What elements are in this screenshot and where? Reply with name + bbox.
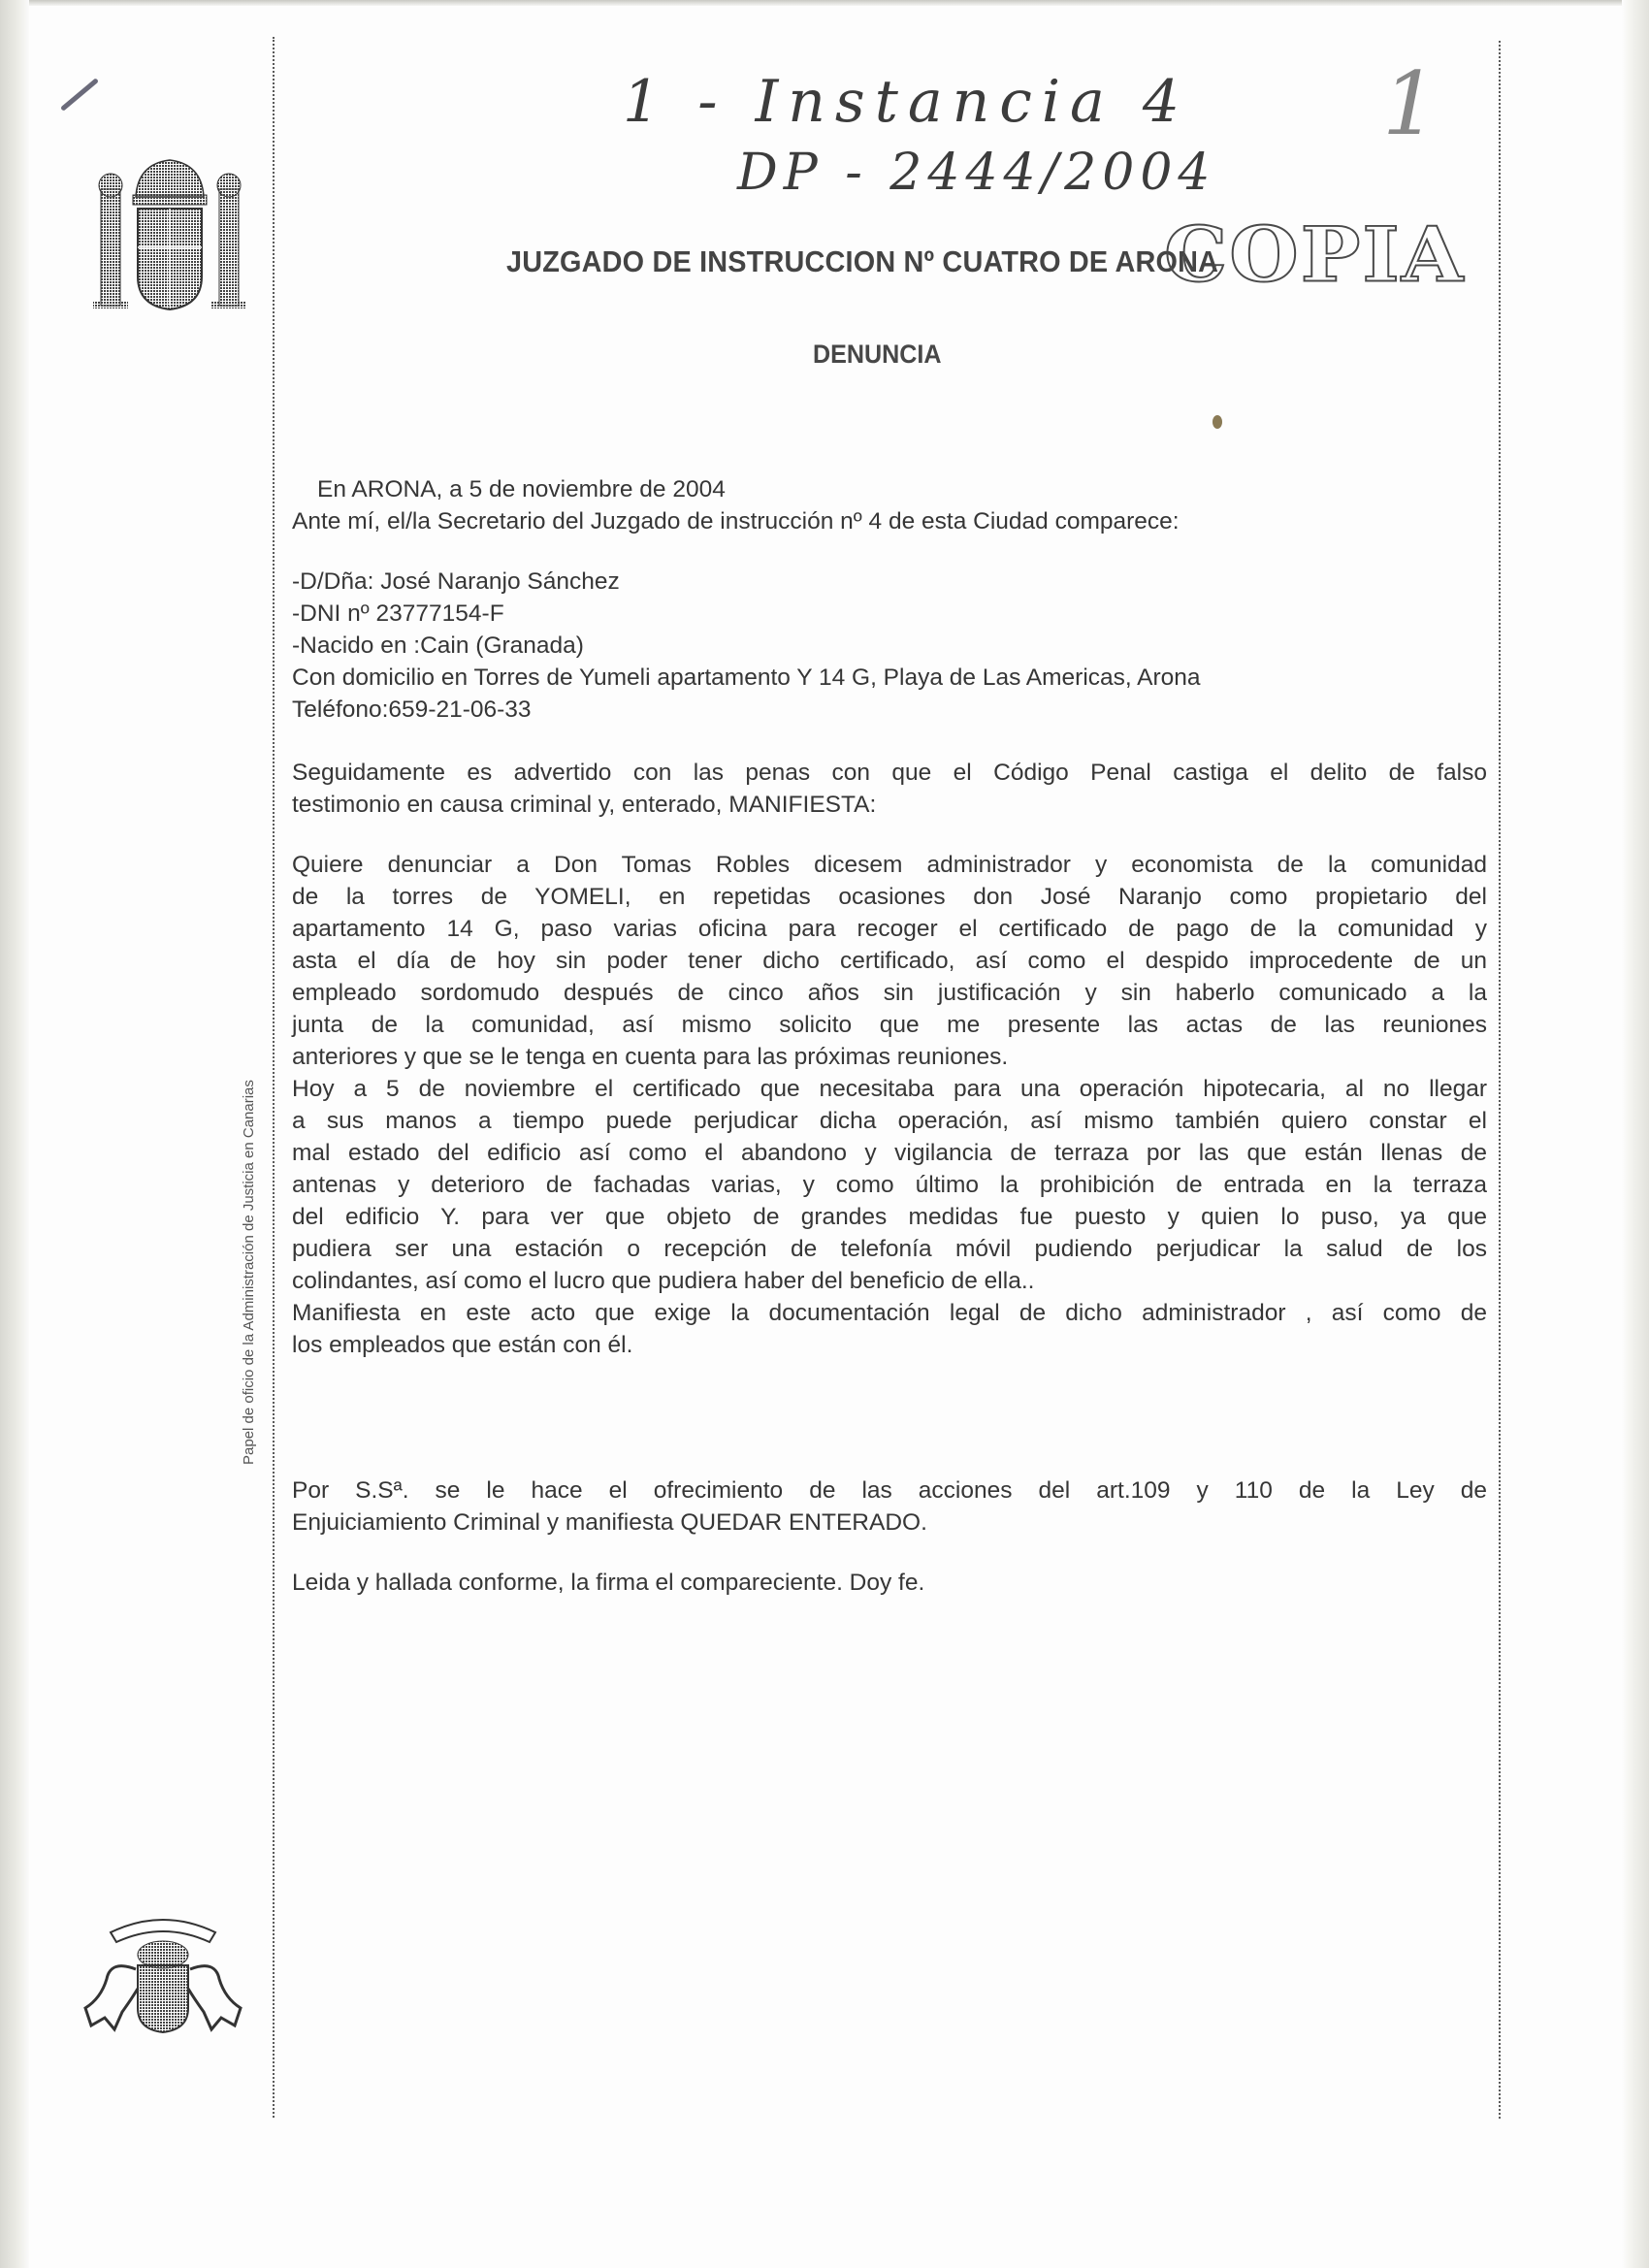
complainant-address: Con domicilio en Torres de Yumeli aparta… — [292, 662, 1487, 694]
complainant-phone: Teléfono:659-21-06-33 — [292, 694, 1487, 726]
handwritten-page-mark: 1 — [1382, 53, 1438, 155]
statement-line: colindantes, así como el lucro que pudie… — [292, 1265, 1487, 1297]
document-type-heading: DENUNCIA — [813, 340, 942, 370]
statement-line: anteriores y que se le tenga en cuenta p… — [292, 1041, 1487, 1073]
court-title: JUZGADO DE INSTRUCCION Nº CUATRO DE ARON… — [506, 244, 1218, 279]
offer-paragraph: Por S.Sª. se le hace el ofrecimiento de … — [292, 1474, 1487, 1539]
right-margin-rule — [1499, 41, 1501, 2119]
copia-stamp: COPIA — [1164, 211, 1465, 299]
canarias-coat-of-arms-icon — [81, 1911, 244, 2047]
statement-line: pudiera ser una estación o recepción de … — [292, 1233, 1487, 1265]
spain-coat-of-arms-icon — [89, 150, 250, 315]
statement-line: apartamento 14 G, paso varias oficina pa… — [292, 913, 1487, 945]
offer-line: Por S.Sª. se le hace el ofrecimiento de … — [292, 1474, 1487, 1507]
place-date: En ARONA, a 5 de noviembre de 2004 — [292, 473, 1487, 505]
ink-spot — [1212, 415, 1222, 429]
handwritten-case-number: DP - 2444/2004 — [737, 144, 1216, 202]
statement-paragraph: Quiere denunciar a Don Tomas Robles dice… — [292, 849, 1487, 1361]
handwritten-court-reference: 1 - Instancia 4 — [623, 68, 1189, 136]
statement-line: Hoy a 5 de noviembre el certificado que … — [292, 1073, 1487, 1105]
official-paper-notice: Papel de oficio de la Administración de … — [241, 1080, 257, 1465]
left-margin-rule — [273, 37, 275, 2118]
statement-line: empleado sordomudo después de cinco años… — [292, 977, 1487, 1009]
statement-line: a sus manos a tiempo puede perjudicar di… — [292, 1105, 1487, 1137]
statement-line: los empleados que están con él. — [292, 1329, 1487, 1361]
statement-line: junta de la comunidad, así mismo solicit… — [292, 1009, 1487, 1041]
warning-line: Seguidamente es advertido con las penas … — [292, 757, 1487, 789]
complainant-dni: -DNI nº 23777154-F — [292, 598, 1487, 630]
page-top-edge — [0, 0, 1649, 6]
appearance-statement: Ante mí, el/la Secretario del Juzgado de… — [292, 505, 1487, 537]
statement-line: Quiere denunciar a Don Tomas Robles dice… — [292, 849, 1487, 881]
complainant-birthplace: -Nacido en :Cain (Granada) — [292, 630, 1487, 662]
statement-line: Manifiesta en este acto que exige la doc… — [292, 1297, 1487, 1329]
intro-block: En ARONA, a 5 de noviembre de 2004 Ante … — [292, 473, 1487, 537]
staple-mark — [60, 78, 99, 112]
statement-line: mal estado del edificio así como el aban… — [292, 1137, 1487, 1169]
offer-line: Enjuiciamiento Criminal y manifiesta QUE… — [292, 1507, 1487, 1539]
statement-line: del edificio Y. para ver que objeto de g… — [292, 1201, 1487, 1233]
page-right-edge — [1622, 0, 1649, 2268]
warning-line: testimonio en causa criminal y, enterado… — [292, 789, 1487, 821]
statement-line: asta el día de hoy sin poder tener dicho… — [292, 945, 1487, 977]
signature-paragraph: Leida y hallada conforme, la firma el co… — [292, 1567, 1487, 1599]
statement-line: de la torres de YOMELI, en repetidas oca… — [292, 881, 1487, 913]
complainant-block: -D/Dña: José Naranjo Sánchez -DNI nº 237… — [292, 566, 1487, 726]
page-left-edge — [0, 0, 29, 2268]
complainant-name: -D/Dña: José Naranjo Sánchez — [292, 566, 1487, 598]
warning-paragraph: Seguidamente es advertido con las penas … — [292, 757, 1487, 821]
statement-line: antenas y deterioro de fachadas varias, … — [292, 1169, 1487, 1201]
signature-statement: Leida y hallada conforme, la firma el co… — [292, 1567, 1487, 1599]
